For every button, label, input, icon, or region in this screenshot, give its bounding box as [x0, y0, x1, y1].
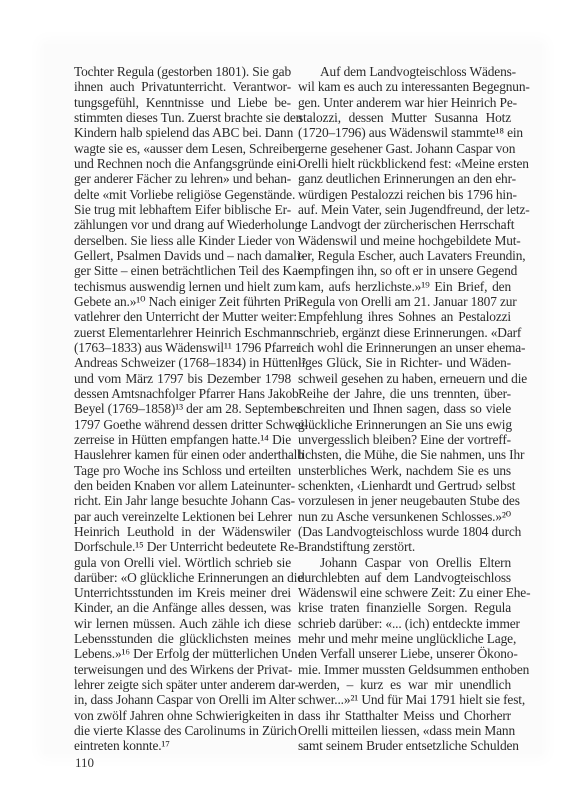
- text-line: Beyel (1769–1858)¹³ der am 28. September: [74, 401, 291, 416]
- text-line: Gellert, Psalmen Davids und – nach damal…: [74, 248, 291, 263]
- text-line: Reihe der Jahre, die uns trennten, über-: [298, 386, 511, 401]
- text-line: schwer...»²¹ Und für Mai 1791 hielt sie …: [298, 692, 511, 707]
- text-line: Auf dem Landvogteischloss Wädens-: [298, 64, 511, 79]
- text-line: liges Glück, Sie in Richter- und Wäden-: [298, 355, 511, 370]
- text-line: unvergesslich bleiben? Eine der vortreff…: [298, 432, 511, 447]
- text-line: 1797 Goethe während dessen dritter Schwe…: [74, 417, 291, 432]
- text-line: Regula von Orelli am 21. Januar 1807 zur: [298, 294, 511, 309]
- right-text-column: Auf dem Landvogteischloss Wädens-wil kam…: [298, 64, 511, 754]
- text-line: krise traten finanzielle Sorgen. Regula: [298, 600, 511, 615]
- text-line: (1720–1796) aus Wädenswil stammte¹⁸ ein: [298, 125, 511, 140]
- text-line: ganz deutlichen Erinnerungen an den ehr-: [298, 171, 511, 186]
- text-line: techismus auswendig lernen und hielt zum: [74, 279, 291, 294]
- text-line: würdigen Pestalozzi reichen bis 1796 hin…: [298, 187, 511, 202]
- text-line: (Das Landvogteischloss wurde 1804 durch: [298, 524, 511, 539]
- text-line: ger Sitte – einen beträchtlichen Teil de…: [74, 263, 291, 278]
- text-line: Sie trug mit lebhaftem Eifer biblische E…: [74, 202, 291, 217]
- text-line: Kindern halb spielend das ABC bei. Dann: [74, 125, 291, 140]
- text-line: eintreten konnte.¹⁷: [74, 738, 291, 753]
- text-line: Dorfschule.¹⁵ Der Unterricht bedeutete R…: [74, 539, 291, 554]
- text-line: (1763–1833) aus Wädenswil¹¹ 1796 Pfarrer: [74, 340, 291, 355]
- text-line: wil kam es auch zu interessanten Begegnu…: [298, 79, 511, 94]
- text-line: zählungen vor und drang auf Wiederholung: [74, 217, 291, 232]
- text-line: und Rechnen noch die Anfangsgründe eini-: [74, 156, 291, 171]
- text-line: te Landvogt der zürcherischen Herrschaft: [298, 217, 511, 232]
- text-line: mehr und mehr meine unglückliche Lage,: [298, 631, 511, 646]
- text-line: dessen Amtsnachfolger Pfarrer Hans Jakob: [74, 386, 291, 401]
- text-line: Heinrich Leuthold in der Wädenswiler: [74, 524, 291, 539]
- text-line: Brandstiftung zerstört.: [298, 539, 511, 554]
- text-line: vorzulesen in jener neugebauten Stube de…: [298, 493, 511, 508]
- text-line: empfingen ihn, so oft er in unsere Gegen…: [298, 263, 511, 278]
- text-line: unsterbliches Werk, nachdem Sie es uns: [298, 463, 511, 478]
- text-line: schenkten, ‹Lienhardt und Gertrud› selbs…: [298, 478, 511, 493]
- text-line: Orelli mitteilen liessen, «dass mein Man…: [298, 723, 511, 738]
- text-line: Tochter Regula (gestorben 1801). Sie gab: [74, 64, 291, 79]
- text-line: Gebete an.»¹⁰ Nach einiger Zeit führten …: [74, 294, 291, 309]
- text-line: Hauslehrer kamen für einen oder andertha…: [74, 447, 291, 462]
- left-text-column: Tochter Regula (gestorben 1801). Sie gab…: [74, 64, 291, 754]
- text-line: lehrer zeigte sich später unter anderem …: [74, 677, 291, 692]
- text-line: tungsgefühl, Kenntnisse und Liebe be-: [74, 95, 291, 110]
- text-line: kam, aufs herzlichste.»¹⁹ Ein Brief, den: [298, 279, 511, 294]
- text-line: terweisungen und des Wirkens der Privat-: [74, 662, 291, 677]
- text-line: derselben. Sie liess alle Kinder Lieder …: [74, 233, 291, 248]
- text-line: Lebens.»¹⁶ Der Erfolg der mütterlichen U…: [74, 646, 291, 661]
- text-line: die vierte Klasse des Carolinums in Züri…: [74, 723, 291, 738]
- text-line: samt seinem Bruder entsetzliche Schulden: [298, 738, 511, 753]
- text-line: darüber: «O glückliche Erinnerungen an d…: [74, 570, 291, 585]
- text-line: dass ihr Statthalter Meiss und Chorherr: [298, 708, 511, 723]
- text-line: Lebensstunden die glücklichsten meines: [74, 631, 291, 646]
- text-line: nun zu Asche versunkenen Schlosses.»²⁰: [298, 509, 511, 524]
- text-line: Tage pro Woche ins Schloss und erteilten: [74, 463, 291, 478]
- text-line: Wädenswil eine schwere Zeit: Zu einer Eh…: [298, 585, 511, 600]
- text-line: werden, – kurz es war mir unendlich: [298, 677, 511, 692]
- text-line: delte «mit Vorliebe religiöse Gegenständ…: [74, 187, 291, 202]
- text-line: Kinder, an die Anfänge alles dessen, was: [74, 600, 291, 615]
- text-line: zerreise in Hütten empfangen hatte.¹⁴ Di…: [74, 432, 291, 447]
- text-line: den Verfall unserer Liebe, unserer Ökono…: [298, 646, 511, 661]
- text-line: lichsten, die Mühe, die Sie nahmen, uns …: [298, 447, 511, 462]
- text-line: vatlehrer den Unterricht der Mutter weit…: [74, 309, 291, 324]
- text-line: richt. Ein Jahr lange besuchte Johann Ca…: [74, 493, 291, 508]
- text-line: ich wohl die Erinnerungen an unser ehema…: [298, 340, 511, 355]
- text-line: stimmten dieses Tun. Zuerst brachte sie …: [74, 110, 291, 125]
- text-line: ger anderer Fächer zu lehren» und behan-: [74, 171, 291, 186]
- text-line: von zwölf Jahren ohne Schwierigkeiten in: [74, 708, 291, 723]
- text-line: auf. Mein Vater, sein Jugendfreund, der …: [298, 202, 511, 217]
- text-line: wagte sie es, «ausser dem Lesen, Schreib…: [74, 141, 291, 156]
- text-line: und vom März 1797 bis Dezember 1798: [74, 371, 291, 386]
- text-line: par auch vereinzelte Lektionen bei Lehre…: [74, 509, 291, 524]
- text-line: Empfehlung ihres Sohnes an Pestalozzi: [298, 309, 511, 324]
- text-line: Andreas Schweizer (1768–1834) in Hütten¹…: [74, 355, 291, 370]
- text-line: Orelli hielt rückblickend fest: «Meine e…: [298, 156, 511, 171]
- text-line: gen. Unter anderem war hier Heinrich Pe-: [298, 95, 511, 110]
- text-line: gula von Orelli viel. Wörtlich schrieb s…: [74, 555, 291, 570]
- text-line: glückliche Erinnerungen an Sie uns ewig: [298, 417, 511, 432]
- text-line: schrieb darüber: «... (ich) entdeckte im…: [298, 616, 511, 631]
- text-line: durchlebten auf dem Landvogteischloss: [298, 570, 511, 585]
- text-line: schrieb, ergänzt diese Erinnerungen. «Da…: [298, 325, 511, 340]
- text-line: gerne gesehener Gast. Johann Caspar von: [298, 141, 511, 156]
- text-line: Johann Caspar von Orellis Eltern: [298, 555, 511, 570]
- page-number: 110: [75, 755, 94, 771]
- text-line: ihnen auch Privatunterricht. Verantwor-: [74, 79, 291, 94]
- text-line: schweil gesehen zu haben, erneuern und d…: [298, 371, 511, 386]
- text-line: Wädenswil und meine hochgebildete Mut-: [298, 233, 511, 248]
- text-line: Unterrichtsstunden im Kreis meiner drei: [74, 585, 291, 600]
- text-line: den beiden Knaben vor allem Lateinunter-: [74, 478, 291, 493]
- text-line: in, dass Johann Caspar von Orelli im Alt…: [74, 692, 291, 707]
- text-line: wir lernen müssen. Auch zähle ich diese: [74, 616, 291, 631]
- text-line: schreiten und Ihnen sagen, dass so viele: [298, 401, 511, 416]
- text-line: stalozzi, dessen Mutter Susanna Hotz: [298, 110, 511, 125]
- text-line: zuerst Elementarlehrer Heinrich Eschmann: [74, 325, 291, 340]
- text-line: ter, Regula Escher, auch Lavaters Freund…: [298, 248, 511, 263]
- text-line: mie. Immer mussten Geldsummen enthoben: [298, 662, 511, 677]
